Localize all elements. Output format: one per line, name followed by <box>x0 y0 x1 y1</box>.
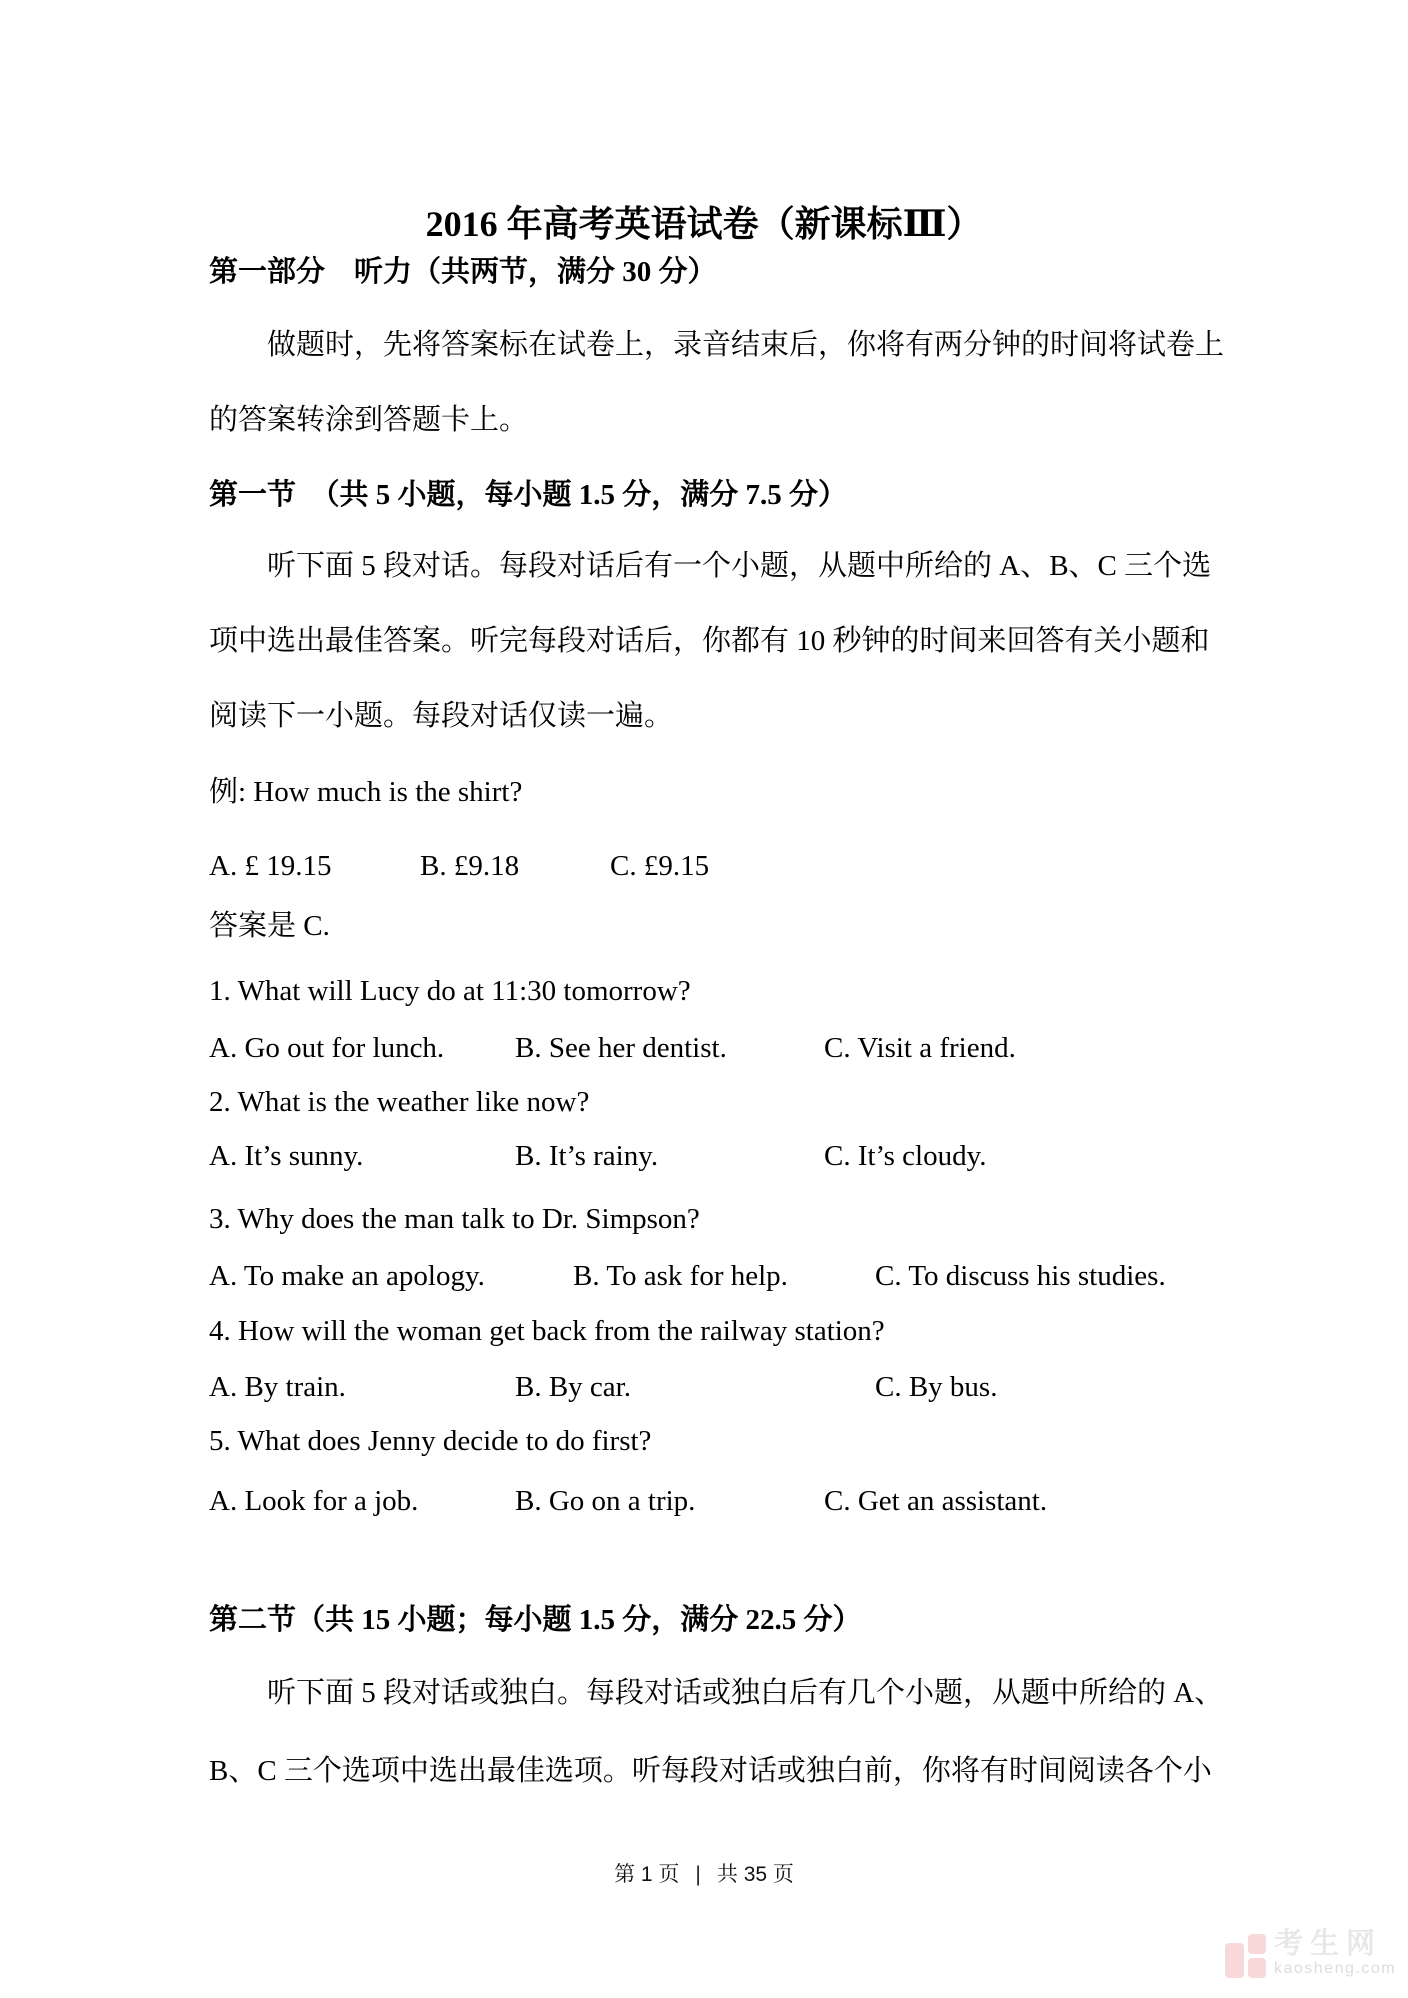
example-answer: 答案是 C. <box>209 908 1299 944</box>
question-1: 1. What will Lucy do at 11:30 tomorrow? <box>209 973 1299 1009</box>
example-option-c: C. £9.15 <box>610 848 709 884</box>
question-2: 2. What is the weather like now? <box>209 1084 1299 1120</box>
question-3-option-a: A. To make an apology. <box>209 1258 485 1294</box>
section2-heading: 第二节（共 15 小题；每小题 1.5 分，满分 22.5 分） <box>209 1602 1299 1638</box>
section2-instructions-line-1: 听下面 5 段对话或独白。每段对话或独白后有几个小题，从题中所给的 A、 <box>267 1675 1357 1711</box>
logo-block-left <box>1225 1943 1244 1978</box>
exam-document-page: 2016 年高考英语试卷（新课标Ⅲ） 第一部分 听力（共两节，满分 30 分） … <box>0 0 1408 1998</box>
question-5-option-b: B. Go on a trip. <box>515 1483 695 1519</box>
question-2-option-b: B. It’s rainy. <box>515 1138 658 1174</box>
example-option-b: B. £9.18 <box>420 848 519 884</box>
footer-total-pages: 共 35 页 <box>717 1863 794 1886</box>
question-3-option-c: C. To discuss his studies. <box>875 1258 1166 1294</box>
section1-instructions-line-2: 项中选出最佳答案。听完每段对话后，你都有 10 秒钟的时间来回答有关小题和 <box>209 623 1299 659</box>
question-4-option-a: A. By train. <box>209 1369 346 1405</box>
watermark-site-name: 考生网 <box>1274 1928 1382 1960</box>
question-5-option-a: A. Look for a job. <box>209 1483 418 1519</box>
footer-page-number: 第 1 页 <box>614 1863 679 1886</box>
page-footer: 第 1 页|共 35 页 <box>0 1861 1408 1889</box>
question-4-options-row: A. By train. B. By car. C. By bus. <box>209 1369 1299 1405</box>
question-5: 5. What does Jenny decide to do first? <box>209 1423 1299 1459</box>
question-1-option-a: A. Go out for lunch. <box>209 1030 444 1066</box>
logo-block-top <box>1248 1934 1266 1954</box>
question-2-option-c: C. It’s cloudy. <box>824 1138 986 1174</box>
section1-instructions-line-1: 听下面 5 段对话。每段对话后有一个小题，从题中所给的 A、B、C 三个选 <box>267 548 1357 584</box>
example-options-row: A. £ 19.15 B. £9.18 C. £9.15 <box>209 848 1299 884</box>
exam-title: 2016 年高考英语试卷（新课标Ⅲ） <box>0 201 1408 247</box>
question-4-option-b: B. By car. <box>515 1369 631 1405</box>
question-5-options-row: A. Look for a job. B. Go on a trip. C. G… <box>209 1483 1299 1519</box>
question-3-options-row: A. To make an apology. B. To ask for hel… <box>209 1258 1299 1294</box>
part1-heading: 第一部分 听力（共两节，满分 30 分） <box>209 254 1299 290</box>
question-1-option-b: B. See her dentist. <box>515 1030 727 1066</box>
question-4-option-c: C. By bus. <box>875 1369 997 1405</box>
question-5-option-c: C. Get an assistant. <box>824 1483 1047 1519</box>
watermark-site-url: kaosheng.com <box>1274 1960 1396 1978</box>
section1-heading: 第一节 （共 5 小题，每小题 1.5 分，满分 7.5 分） <box>209 477 1299 513</box>
part1-intro-line-1: 做题时，先将答案标在试卷上，录音结束后，你将有两分钟的时间将试卷上 <box>267 327 1357 363</box>
question-4: 4. How will the woman get back from the … <box>209 1313 1299 1349</box>
footer-separator: | <box>695 1863 700 1886</box>
part1-intro-line-2: 的答案转涂到答题卡上。 <box>209 402 1299 438</box>
logo-block-bottom <box>1248 1958 1266 1978</box>
example-question: 例: How much is the shirt? <box>209 774 1299 810</box>
example-option-a: A. £ 19.15 <box>209 848 331 884</box>
question-2-option-a: A. It’s sunny. <box>209 1138 363 1174</box>
question-1-options-row: A. Go out for lunch. B. See her dentist.… <box>209 1030 1299 1066</box>
question-3-option-b: B. To ask for help. <box>573 1258 788 1294</box>
section1-instructions-line-3: 阅读下一小题。每段对话仅读一遍。 <box>209 698 1299 734</box>
question-1-option-c: C. Visit a friend. <box>824 1030 1016 1066</box>
question-2-options-row: A. It’s sunny. B. It’s rainy. C. It’s cl… <box>209 1138 1299 1174</box>
section2-instructions-line-2: B、C 三个选项中选出最佳选项。听每段对话或独白前，你将有时间阅读各个小 <box>209 1753 1299 1789</box>
question-3: 3. Why does the man talk to Dr. Simpson? <box>209 1201 1299 1237</box>
